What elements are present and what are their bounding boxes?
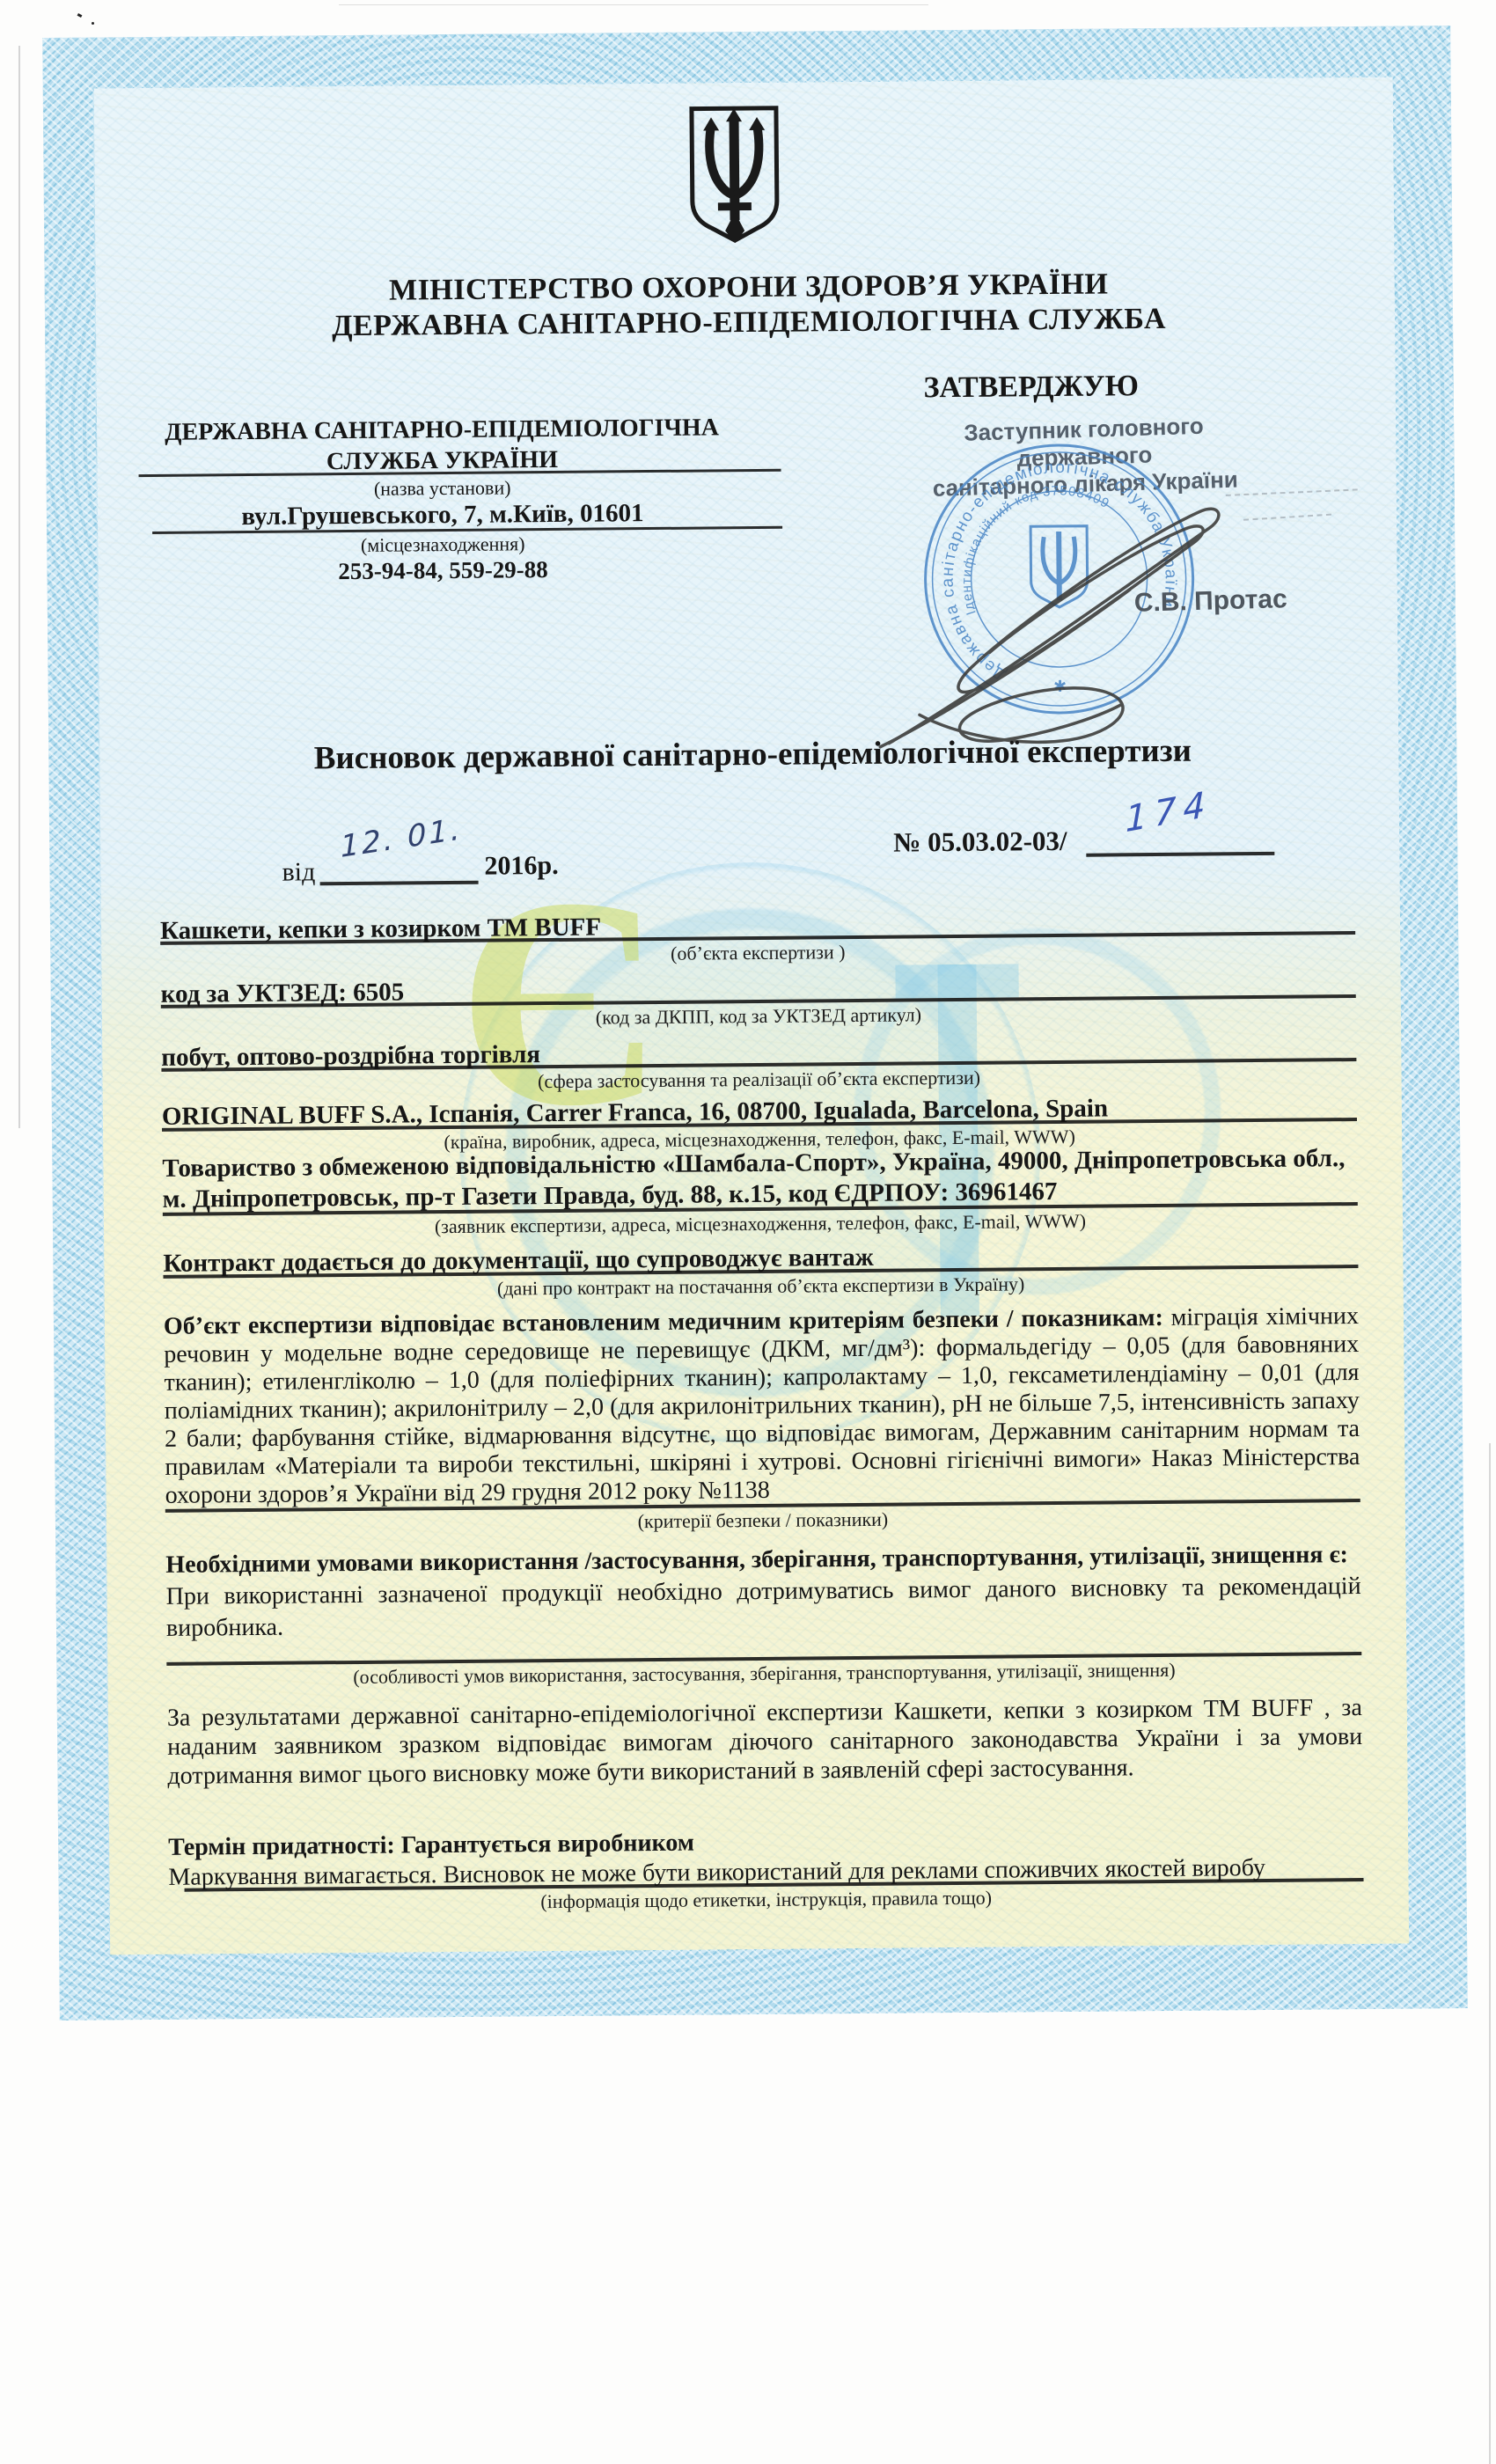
scan-artifact-top-line: [339, 4, 928, 5]
institution-name-line1: ДЕРЖАВНА САНІТАРНО-ЕПІДЕМІОЛОГІЧНА: [107, 414, 776, 448]
institution-phones: 253-94-84, 559-29-88: [108, 554, 777, 588]
tryzub-emblem-icon: [686, 104, 783, 247]
approver-name: С.В. Протас: [1133, 584, 1287, 619]
scan-artifact-page-edge: [1489, 1443, 1491, 2464]
scan-speck: [92, 22, 94, 25]
conditions-paragraph: Необхідними умовами використання /застос…: [165, 1539, 1361, 1645]
certificate-document: Є МІНІСТЕРСТВО ОХОРОНИ ЗДОРОВ’Я УКРАЇНИ …: [42, 26, 1468, 2020]
date-suffix: 2016р.: [484, 851, 558, 882]
criteria-paragraph: Об’єкт експертизи відповідає встановлени…: [164, 1302, 1360, 1510]
conditions-body: При використанні зазначеної продукції не…: [166, 1571, 1362, 1645]
approve-label: ЗАТВЕРДЖУЮ: [882, 370, 1181, 406]
scan-artifact-vertical-line: [18, 46, 20, 1128]
scan-speck: [77, 13, 83, 18]
conclusion-paragraph: За результатами державної санітарно-епід…: [167, 1693, 1363, 1791]
number-label: № 05.03.02-03/: [893, 825, 1067, 859]
date-prefix: від: [282, 857, 315, 887]
scanned-certificate-page: { "header": { "ministry_line1": "МІНІСТЕ…: [0, 0, 1496, 2464]
